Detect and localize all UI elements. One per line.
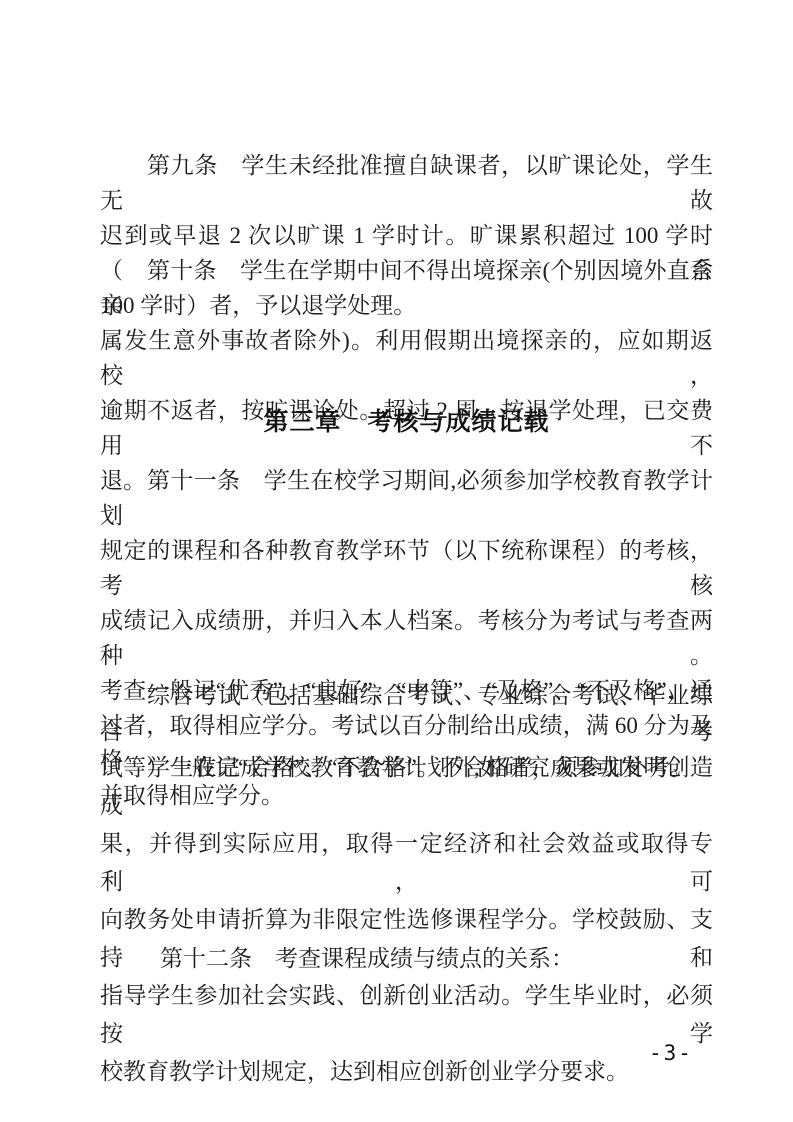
text-line: 校教育教学计划规定，达到相应创新创业学分要求。 (100, 1053, 713, 1091)
text-line: 规定的课程和各种教育教学环节（以下统称课程）的考核，考核 (100, 533, 713, 603)
document-page: 第九条 学生未经批准擅自缺课者，以旷课论处，学生无故 迟到或早退 2 次以旷课 … (0, 0, 793, 1122)
paragraph-article-12: 第十二条 考查课程成绩与绩点的关系： (100, 941, 713, 976)
text-line: 第十一条 学生在校学习期间,必须参加学校教育教学计划 (100, 463, 713, 533)
paragraph-article-10: 第十条 学生在学期中间不得出境探亲(个别因境外直系亲 属发生意外事故者除外)。利… (100, 253, 713, 498)
text-line: 第十二条 考查课程成绩与绩点的关系： (100, 941, 713, 976)
paragraph-innovation-credits: 学生在完成学校教育教学计划外,如研究成果或发明创造成 果，并得到实际应用，取得一… (100, 749, 713, 1091)
text-line: 第十条 学生在学期中间不得出境探亲(个别因境外直系亲 (100, 253, 713, 323)
text-block: 第九条 学生未经批准擅自缺课者，以旷课论处，学生无故 迟到或早退 2 次以旷课 … (100, 0, 713, 1122)
text-line: 指导学生参加社会实践、创新创业活动。学生毕业时，必须按学 (100, 977, 713, 1053)
text-line: 综合考试（包括基础综合考试、专业综合考试、毕业综合考 (100, 678, 713, 750)
text-line: 属发生意外事故者除外)。利用假期出境探亲的，应如期返校， (100, 323, 713, 393)
page-number: -3- (649, 1041, 693, 1065)
text-line: 成绩记入成绩册，并归入本人档案。考核分为考试与考查两种。 (100, 603, 713, 673)
chapter-heading: 第三章 考核与成绩记载 (100, 407, 713, 437)
text-line: 果，并得到实际应用，取得一定经济和社会效益或取得专利，可 (100, 825, 713, 901)
text-line: 第九条 学生未经批准擅自缺课者，以旷课论处，学生无故 (100, 148, 713, 218)
text-line: 学生在完成学校教育教学计划外,如研究成果或发明创造成 (100, 749, 713, 825)
